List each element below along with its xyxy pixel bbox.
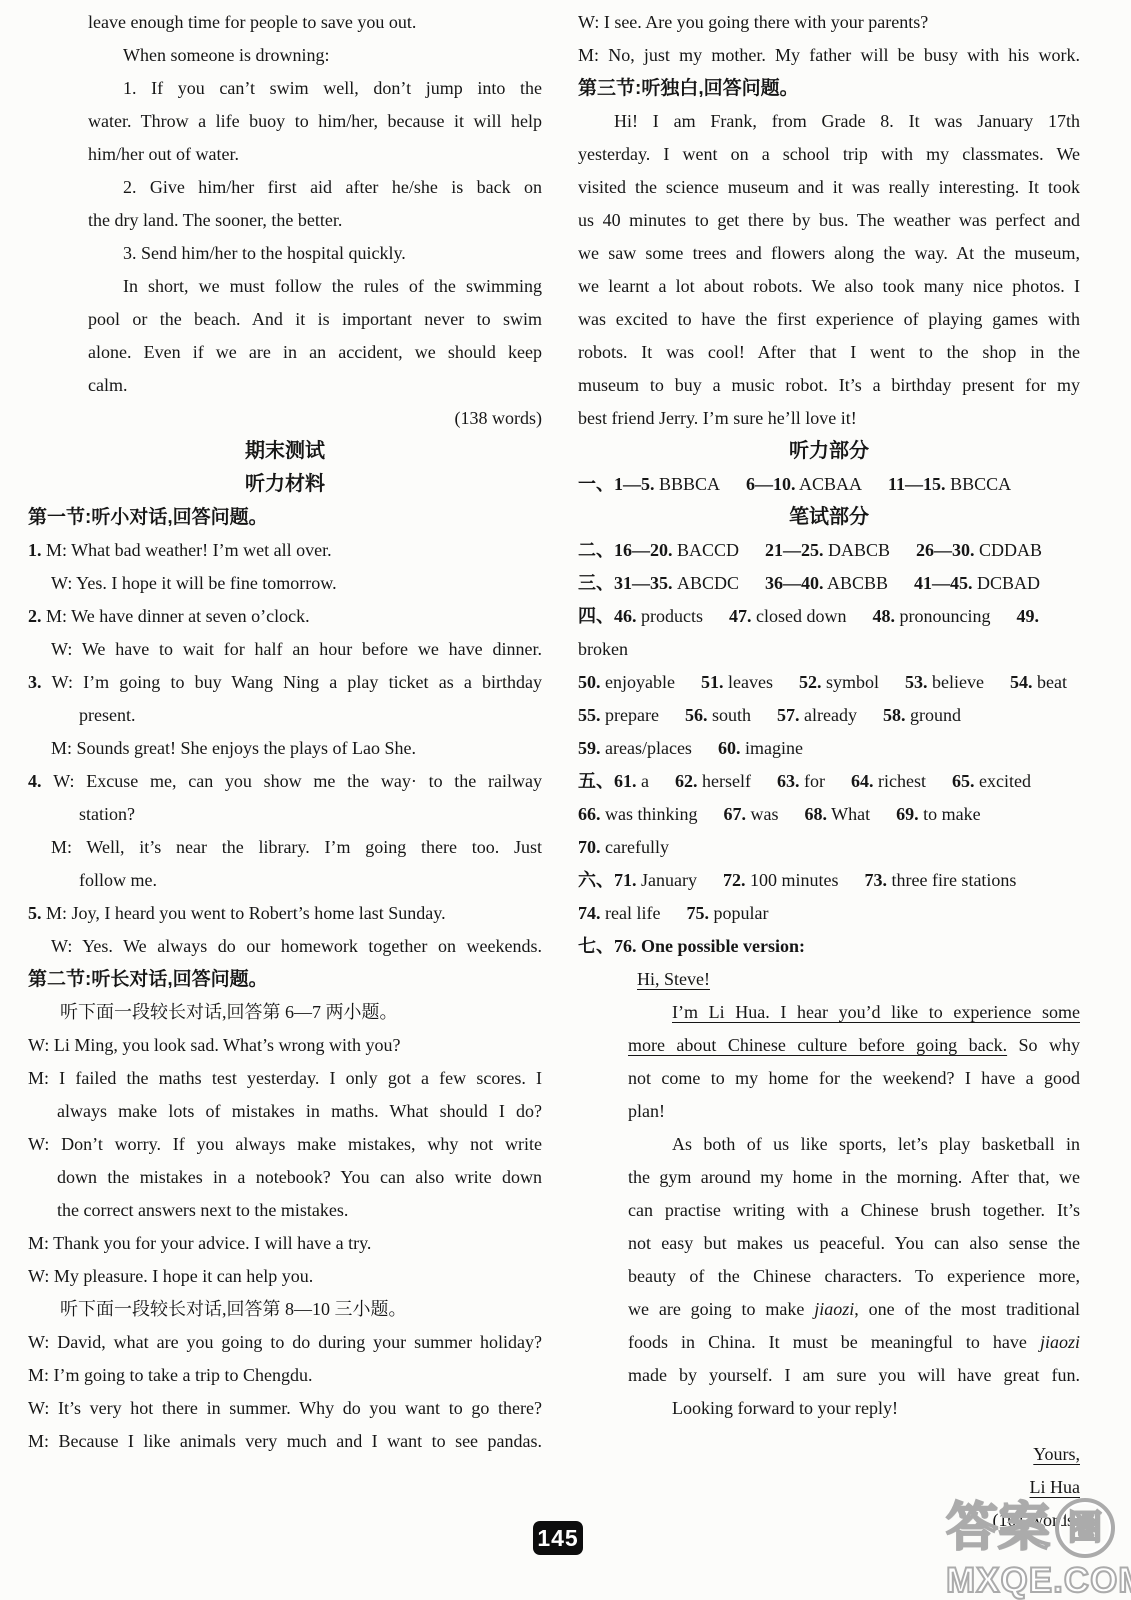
text-line: station? — [28, 798, 542, 831]
heading-line: 期末测试 — [28, 435, 542, 468]
text-line: the correct answers next to the mistakes… — [28, 1194, 542, 1227]
essay-line: plan! — [578, 1095, 1080, 1128]
text-line: calm. — [28, 369, 542, 402]
essay-line: not easy but makes us peaceful. You can … — [578, 1227, 1080, 1260]
answer-line: 一、1—5. BBBCA6—10. ACBAA11—15. BBCCA — [578, 468, 1080, 501]
heading-line: 听力部分 — [578, 435, 1080, 468]
text-line: alone. Even if we are in an accident, we… — [28, 336, 542, 369]
text-line: pool or the beach. And it is important n… — [28, 303, 542, 336]
answer-line: 59. areas/places60. imagine — [578, 732, 1080, 765]
text-line: we saw some trees and flowers along the … — [578, 237, 1080, 270]
text-line: 听下面一段较长对话,回答第 6—7 两小题。 — [28, 996, 542, 1029]
text-line: 1. If you can’t swim well, don’t jump in… — [28, 72, 542, 105]
text-line: W: My pleasure. I hope it can help you. — [28, 1260, 542, 1293]
watermark-brand-text: 答案 — [946, 1500, 1050, 1556]
watermark-site: MXQE.COM — [946, 1560, 1131, 1600]
text-line: M: I failed the maths test yesterday. I … — [28, 1062, 542, 1095]
text-line: M: Well, it’s near the library. I’m goin… — [28, 831, 542, 864]
heading-line: 第三节:听独白,回答问题。 — [578, 72, 1080, 105]
text-line: M: No, just my mother. My father will be… — [578, 39, 1080, 72]
watermark-circle-logo: 圈 — [1055, 1498, 1115, 1558]
text-line: W: Don’t worry. If you always make mista… — [28, 1128, 542, 1161]
text-line: 4. W: Excuse me, can you show me the way… — [28, 765, 542, 798]
watermark: 答案 圈 MXQE.COM — [946, 1498, 1131, 1600]
text-line: follow me. — [28, 864, 542, 897]
text-line: W: I see. Are you going there with your … — [578, 6, 1080, 39]
text-line: water. Throw a life buoy to him/her, bec… — [28, 105, 542, 138]
text-line: W: Li Ming, you look sad. What’s wrong w… — [28, 1029, 542, 1062]
text-line: W: Yes. We always do our homework togeth… — [28, 930, 542, 963]
page-number-badge: 145 — [533, 1521, 583, 1555]
text-line: the dry land. The sooner, the better. — [28, 204, 542, 237]
heading-line: 听力材料 — [28, 468, 542, 501]
text-line: M: Because I like animals very much and … — [28, 1425, 542, 1458]
watermark-circle-char: 圈 — [1068, 1500, 1102, 1556]
essay-line: Looking forward to your reply! — [578, 1392, 1080, 1425]
heading-line: 笔试部分 — [578, 501, 1080, 534]
text-line: Hi! I am Frank, from Grade 8. It was Jan… — [578, 105, 1080, 138]
text-line: 2. Give him/her first aid after he/she i… — [28, 171, 542, 204]
text-line: 3. Send him/her to the hospital quickly. — [28, 237, 542, 270]
text-line: M: Sounds great! She enjoys the plays of… — [28, 732, 542, 765]
essay-line: more about Chinese culture before going … — [578, 1029, 1080, 1062]
text-line: us 40 minutes to get there by bus. The w… — [578, 204, 1080, 237]
text-line: 1. M: What bad weather! I’m wet all over… — [28, 534, 542, 567]
text-line: present. — [28, 699, 542, 732]
text-line: W: We have to wait for half an hour befo… — [28, 633, 542, 666]
essay-line: the gym around my home in the morning. A… — [578, 1161, 1080, 1194]
answer-line: 五、61. a62. herself63. for64. richest65. … — [578, 765, 1080, 798]
answer-line: 二、16—20. BACCD21—25. DABCB26—30. CDDAB — [578, 534, 1080, 567]
text-line: W: David, what are you going to do durin… — [28, 1326, 542, 1359]
essay-line: foods in China. It must be meaningful to… — [578, 1326, 1080, 1359]
text-line: M: Thank you for your advice. I will hav… — [28, 1227, 542, 1260]
essay-line: As both of us like sports, let’s play ba… — [578, 1128, 1080, 1161]
text-line: 听下面一段较长对话,回答第 8—10 三小题。 — [28, 1293, 542, 1326]
essay-line: beauty of the Chinese characters. To exp… — [578, 1260, 1080, 1293]
answer-line: 50. enjoyable51. leaves52. symbol53. bel… — [578, 666, 1080, 699]
essay-line: made by yourself. I am sure you will hav… — [578, 1359, 1080, 1392]
text-line: museum to buy a music robot. It’s a birt… — [578, 369, 1080, 402]
heading-line: 第一节:听小对话,回答问题。 — [28, 501, 542, 534]
text-line: leave enough time for people to save you… — [28, 6, 542, 39]
text-line: visited the science museum and it was re… — [578, 171, 1080, 204]
answer-key-page: leave enough time for people to save you… — [0, 0, 1131, 1600]
left-column: leave enough time for people to save you… — [28, 6, 542, 1458]
text-line: robots. It was cool! After that I went t… — [578, 336, 1080, 369]
text-line: When someone is drowning: — [28, 39, 542, 72]
text-line: (138 words) — [28, 402, 542, 435]
answer-line: 六、71. January72. 100 minutes73. three fi… — [578, 864, 1080, 897]
essay-line: Yours, — [578, 1438, 1080, 1471]
text-line: 2. M: We have dinner at seven o’clock. — [28, 600, 542, 633]
essay-line: I’m Li Hua. I hear you’d like to experie… — [578, 996, 1080, 1029]
answer-line: 70. carefully — [578, 831, 1080, 864]
answer-line: 七、76. One possible version: — [578, 930, 1080, 963]
essay-line: can practise writing with a Chinese brus… — [578, 1194, 1080, 1227]
answer-line: 55. prepare56. south57. already58. groun… — [578, 699, 1080, 732]
answer-line: 66. was thinking67. was68. What69. to ma… — [578, 798, 1080, 831]
text-line: W: Yes. I hope it will be fine tomorrow. — [28, 567, 542, 600]
essay-line: not come to my home for the weekend? I h… — [578, 1062, 1080, 1095]
text-line: was excited to have the first experience… — [578, 303, 1080, 336]
text-line: 5. M: Joy, I heard you went to Robert’s … — [28, 897, 542, 930]
watermark-brand: 答案 圈 — [946, 1498, 1131, 1558]
answer-line: 三、31—35. ABCDC36—40. ABCBB41—45. DCBAD — [578, 567, 1080, 600]
heading-line: 第二节:听长对话,回答问题。 — [28, 963, 542, 996]
answer-line: 四、46. products47. closed down48. pronoun… — [578, 600, 1080, 666]
text-line: In short, we must follow the rules of th… — [28, 270, 542, 303]
text-line: yesterday. I went on a school trip with … — [578, 138, 1080, 171]
text-line: down the mistakes in a notebook? You can… — [28, 1161, 542, 1194]
answer-line: 74. real life75. popular — [578, 897, 1080, 930]
text-line: him/her out of water. — [28, 138, 542, 171]
text-line: best friend Jerry. I’m sure he’ll love i… — [578, 402, 1080, 435]
text-line: 3. W: I’m going to buy Wang Ning a play … — [28, 666, 542, 699]
essay-line: Hi, Steve! — [578, 963, 1080, 996]
text-line: we learnt a lot about robots. We also to… — [578, 270, 1080, 303]
text-line: M: I’m going to take a trip to Chengdu. — [28, 1359, 542, 1392]
right-column: W: I see. Are you going there with your … — [578, 6, 1080, 1537]
essay-line: we are going to make jiaozi, one of the … — [578, 1293, 1080, 1326]
text-line: W: It’s very hot there in summer. Why do… — [28, 1392, 542, 1425]
text-line: always make lots of mistakes in maths. W… — [28, 1095, 542, 1128]
